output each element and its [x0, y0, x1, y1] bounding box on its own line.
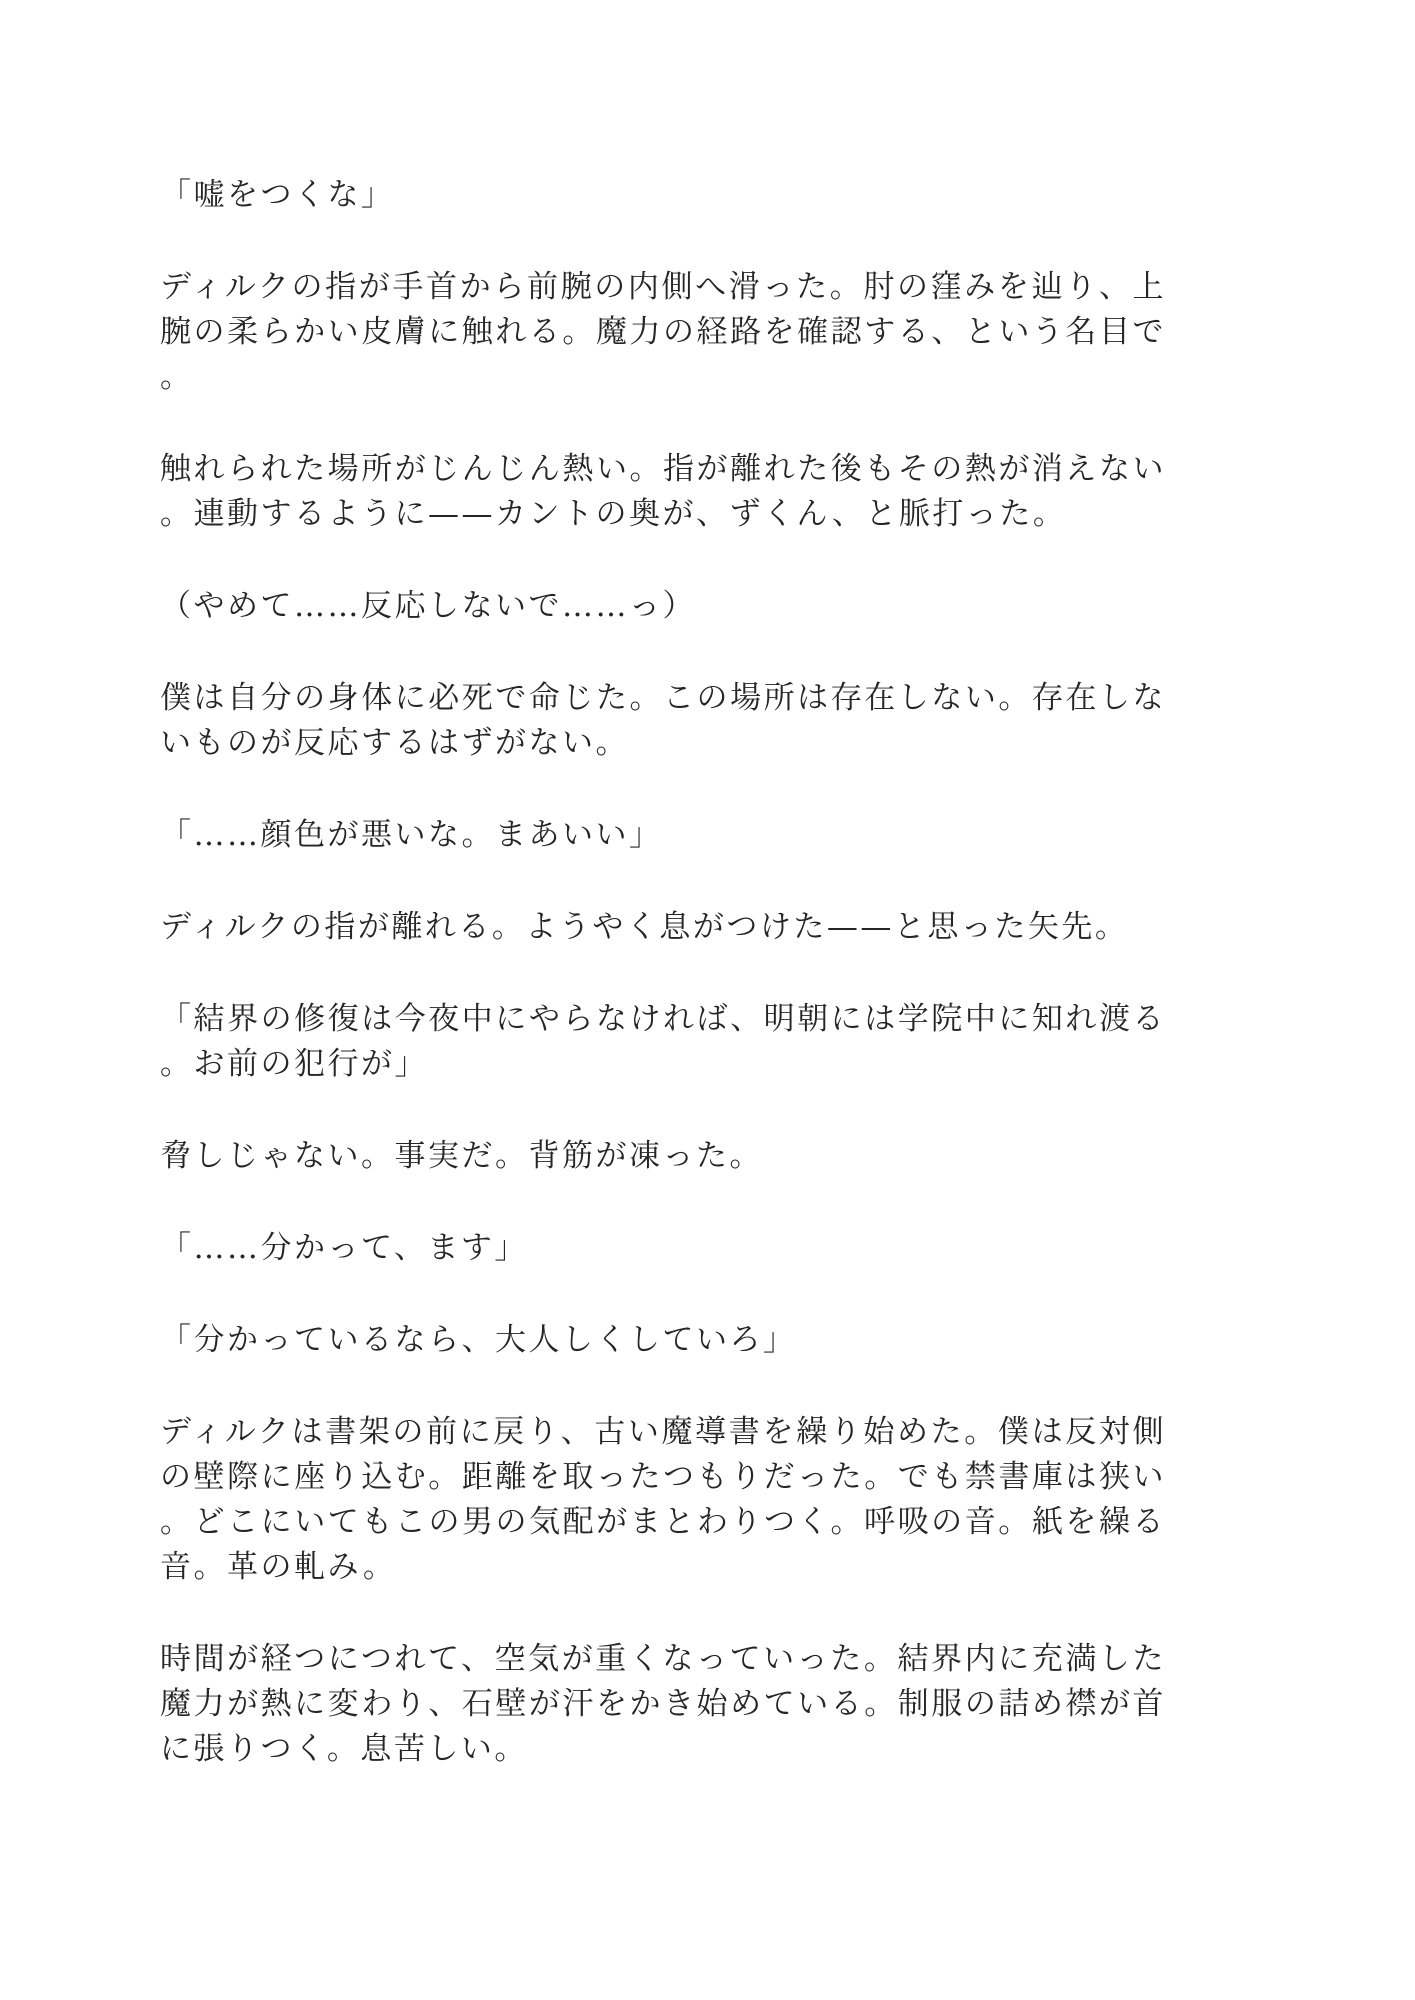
paragraph-narration-1: ディルクの指が手首から前腕の内側へ滑った。肘の窪みを辿り、上腕の柔らかい皮膚に触… — [160, 265, 1166, 400]
paragraph-dialogue-5: 「分かっているなら、大人しくしていろ」 — [160, 1318, 1166, 1363]
paragraph-dialogue-3: 「結界の修復は今夜中にやらなければ、明朝には学院中に知れ渡る。お前の犯行が」 — [160, 997, 1166, 1087]
paragraph-dialogue-1: 「嘘をつくな」 — [160, 173, 1166, 218]
paragraph-narration-7: 時間が経つにつれて、空気が重くなっていった。結界内に充満した魔力が熱に変わり、石… — [160, 1637, 1166, 1772]
paragraph-narration-4: ディルクの指が離れる。ようやく息がつけた——と思った矢先。 — [160, 905, 1166, 950]
paragraph-dialogue-2: 「……顔色が悪いな。まあいい」 — [160, 813, 1166, 858]
document-page: 「嘘をつくな」 ディルクの指が手首から前腕の内側へ滑った。肘の窪みを辿り、上腕の… — [0, 0, 1415, 2000]
paragraph-narration-2: 触れられた場所がじんじん熱い。指が離れた後もその熱が消えない。連動するように——… — [160, 447, 1166, 537]
paragraph-inner-thought: （やめて……反応しないで……っ） — [160, 584, 1166, 629]
text-content: 「嘘をつくな」 ディルクの指が手首から前腕の内側へ滑った。肘の窪みを辿り、上腕の… — [160, 173, 1166, 1772]
paragraph-narration-6: ディルクは書架の前に戻り、古い魔導書を繰り始めた。僕は反対側の壁際に座り込む。距… — [160, 1410, 1166, 1590]
paragraph-narration-5: 脅しじゃない。事実だ。背筋が凍った。 — [160, 1134, 1166, 1179]
paragraph-dialogue-4: 「……分かって、ます」 — [160, 1226, 1166, 1271]
paragraph-narration-3: 僕は自分の身体に必死で命じた。この場所は存在しない。存在しないものが反応するはず… — [160, 676, 1166, 766]
